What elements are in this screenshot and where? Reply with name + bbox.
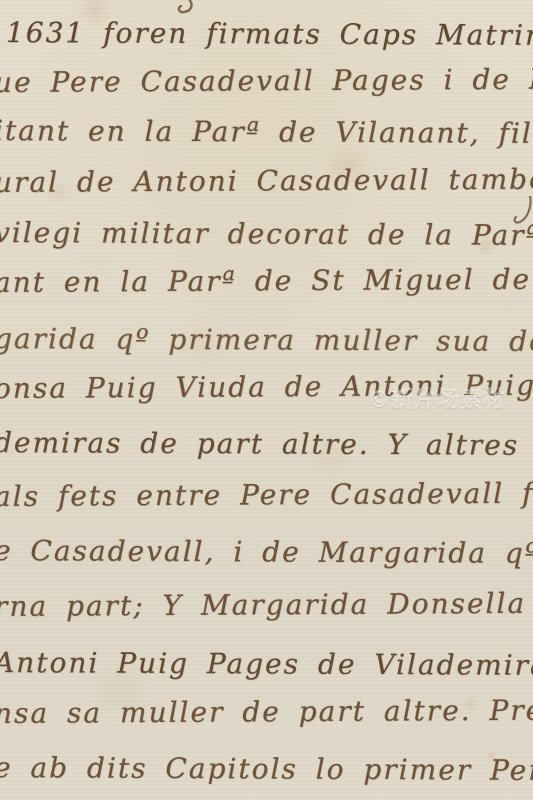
manuscript-line: garida qº primera muller sua de: [0, 322, 533, 358]
manuscript-line: rna part; Y Margarida Donsella fil: [0, 586, 533, 623]
manuscript-line: Antoni Puig Pages de Vilademiras, i d: [0, 646, 533, 682]
manuscript-line: itant en la Parª de Vilanant, fill leg: [0, 114, 533, 150]
manuscript-line: nsa sa muller de part altre. Previn: [0, 693, 533, 730]
manuscript-line: ue Pere Casadevall Pages i de Privilegi …: [0, 62, 533, 99]
manuscript-line: 1631 foren firmats Caps Matrimonia: [6, 16, 533, 52]
manuscript-line: ural de Antoni Casadevall tambe Pag: [0, 162, 533, 199]
manuscript-line: onsa Puig Viuda de Antoni Puig qº Pa: [0, 368, 533, 405]
manuscript-line: e Casadevall, i de Margarida qº: mull: [0, 534, 533, 570]
manuscript-line: ant en la Parª de St Miguel de Campm: [0, 262, 533, 299]
manuscript-line: als fets entre Pere Casadevall fill del …: [0, 476, 533, 513]
cutoff-descender-stroke: [168, 0, 208, 18]
manuscript-line: vilegi militar decorat de la Parª de Vsu: [0, 216, 533, 253]
manuscript-page: 1631 foren firmats Caps Matrimonia ue Pe…: [0, 0, 533, 800]
manuscript-line: demiras de part altre. Y altres Caps. M: [0, 426, 533, 463]
manuscript-line: e ab dits Capitols lo primer Pere Casad: [0, 751, 533, 788]
